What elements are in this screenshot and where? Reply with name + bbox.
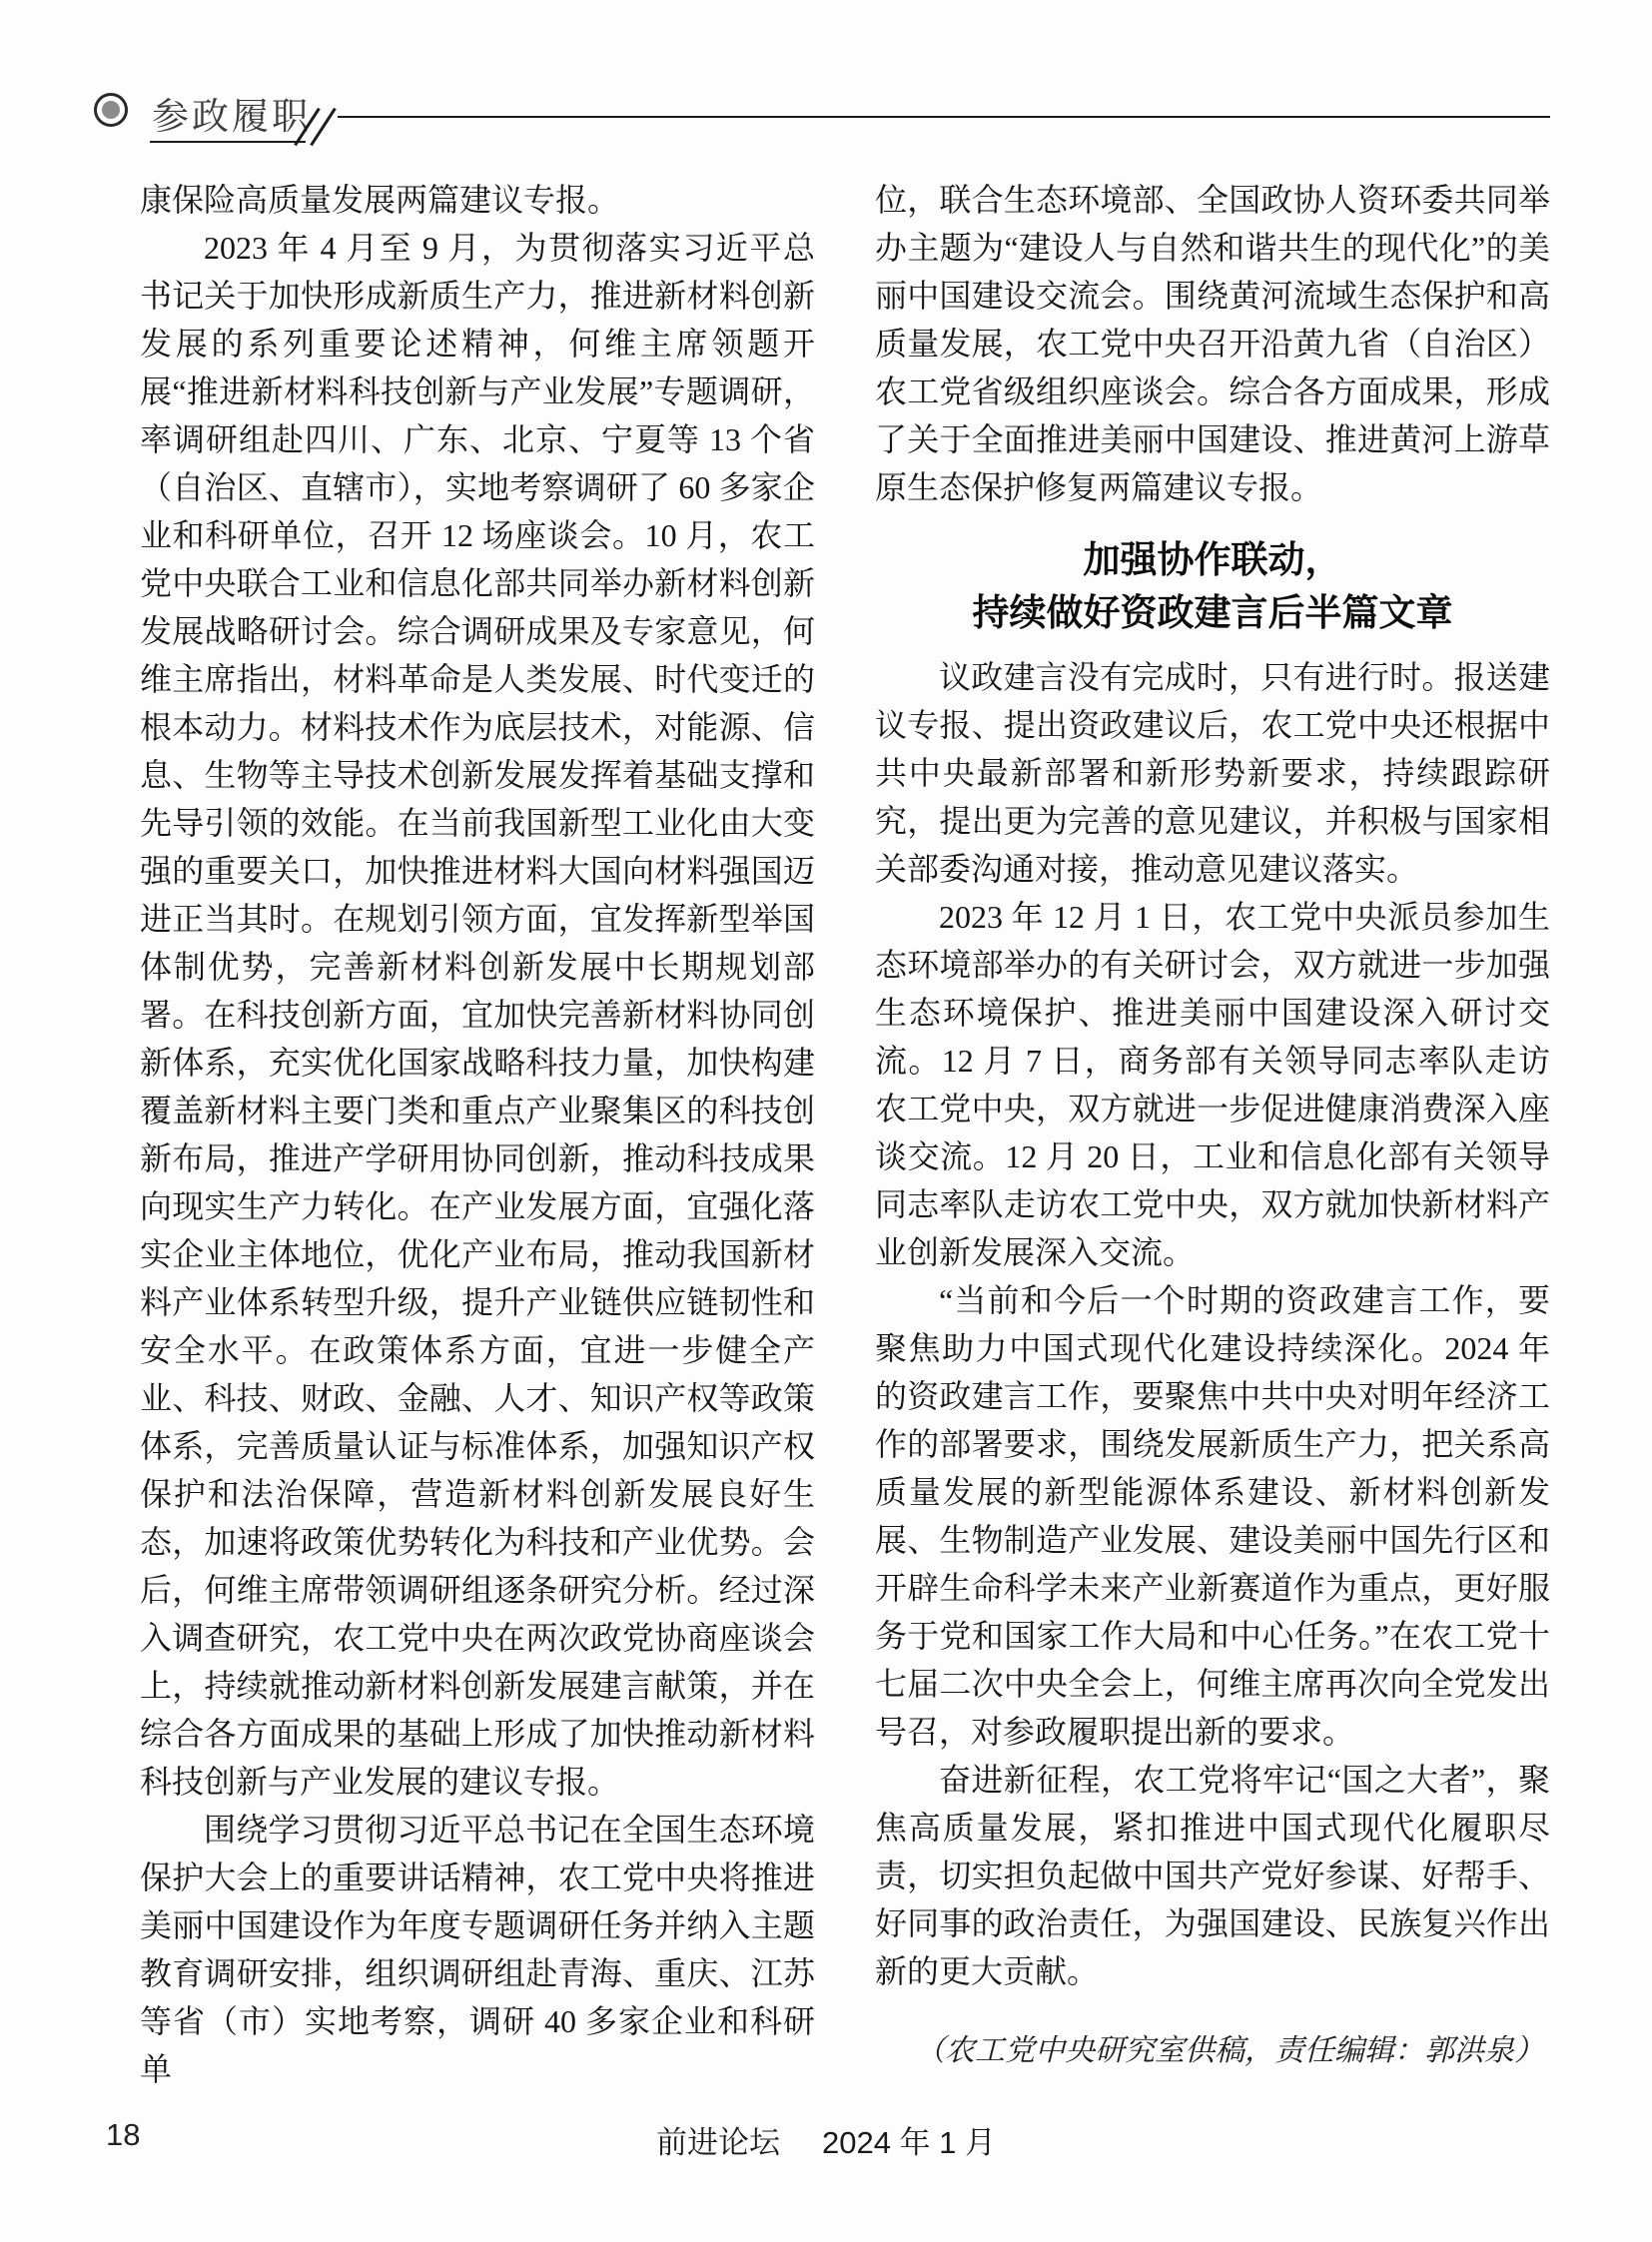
section-label: 参政履职 xyxy=(152,86,312,140)
bullseye-icon xyxy=(94,93,128,127)
page: 参政履职 康保险高质量发展两篇建议专报。 2023 年 4 月至 9 月，为贯彻… xyxy=(0,0,1652,2242)
attribution-line: （农工党中央研究室供稿，责任编辑：郭洪泉） xyxy=(875,2029,1550,2073)
left-column: 康保险高质量发展两篇建议专报。 2023 年 4 月至 9 月，为贯彻落实习近平… xyxy=(140,176,815,2093)
paragraph: 议政建言没有完成时，只有进行时。报送建议专报、提出资政建议后，农工党中央还根据中… xyxy=(875,653,1550,893)
paragraph: 位，联合生态环境部、全国政协人资环委共同举办主题为“建设人与自然和谐共生的现代化… xyxy=(875,176,1550,511)
footer-center: 前进论坛2024 年 1 月 xyxy=(0,2117,1652,2162)
paragraph: 康保险高质量发展两篇建议专报。 xyxy=(140,176,815,224)
subheading-line: 加强协作联动， xyxy=(875,533,1550,586)
paragraph: “当前和今后一个时期的资政建言工作，要聚焦助力中国式现代化建设持续深化。2024… xyxy=(875,1276,1550,1756)
bullseye-dot xyxy=(102,101,120,119)
paragraph: 奋进新征程，农工党将牢记“国之大者”，聚焦高质量发展，紧扣推进中国式现代化履职尽… xyxy=(875,1756,1550,1995)
paragraph: 围绕学习贯彻习近平总书记在全国生态环境保护大会上的重要讲话精神，农工党中央将推进… xyxy=(140,1806,815,2093)
paragraph: 2023 年 12 月 1 日，农工党中央派员参加生态环境部举办的有关研讨会，双… xyxy=(875,893,1550,1276)
footer-journal-name: 前进论坛 xyxy=(656,2125,780,2160)
paragraph: 2023 年 4 月至 9 月，为贯彻落实习近平总书记关于加快形成新质生产力，推… xyxy=(140,224,815,1806)
section-subheading: 加强协作联动， 持续做好资政建言后半篇文章 xyxy=(875,533,1550,639)
subheading-line: 持续做好资政建言后半篇文章 xyxy=(875,586,1550,639)
footer-issue: 2024 年 1 月 xyxy=(822,2125,996,2160)
right-column: 位，联合生态环境部、全国政协人资环委共同举办主题为“建设人与自然和谐共生的现代化… xyxy=(875,176,1550,2073)
header-rule xyxy=(338,116,1550,118)
header-underline xyxy=(150,141,306,143)
